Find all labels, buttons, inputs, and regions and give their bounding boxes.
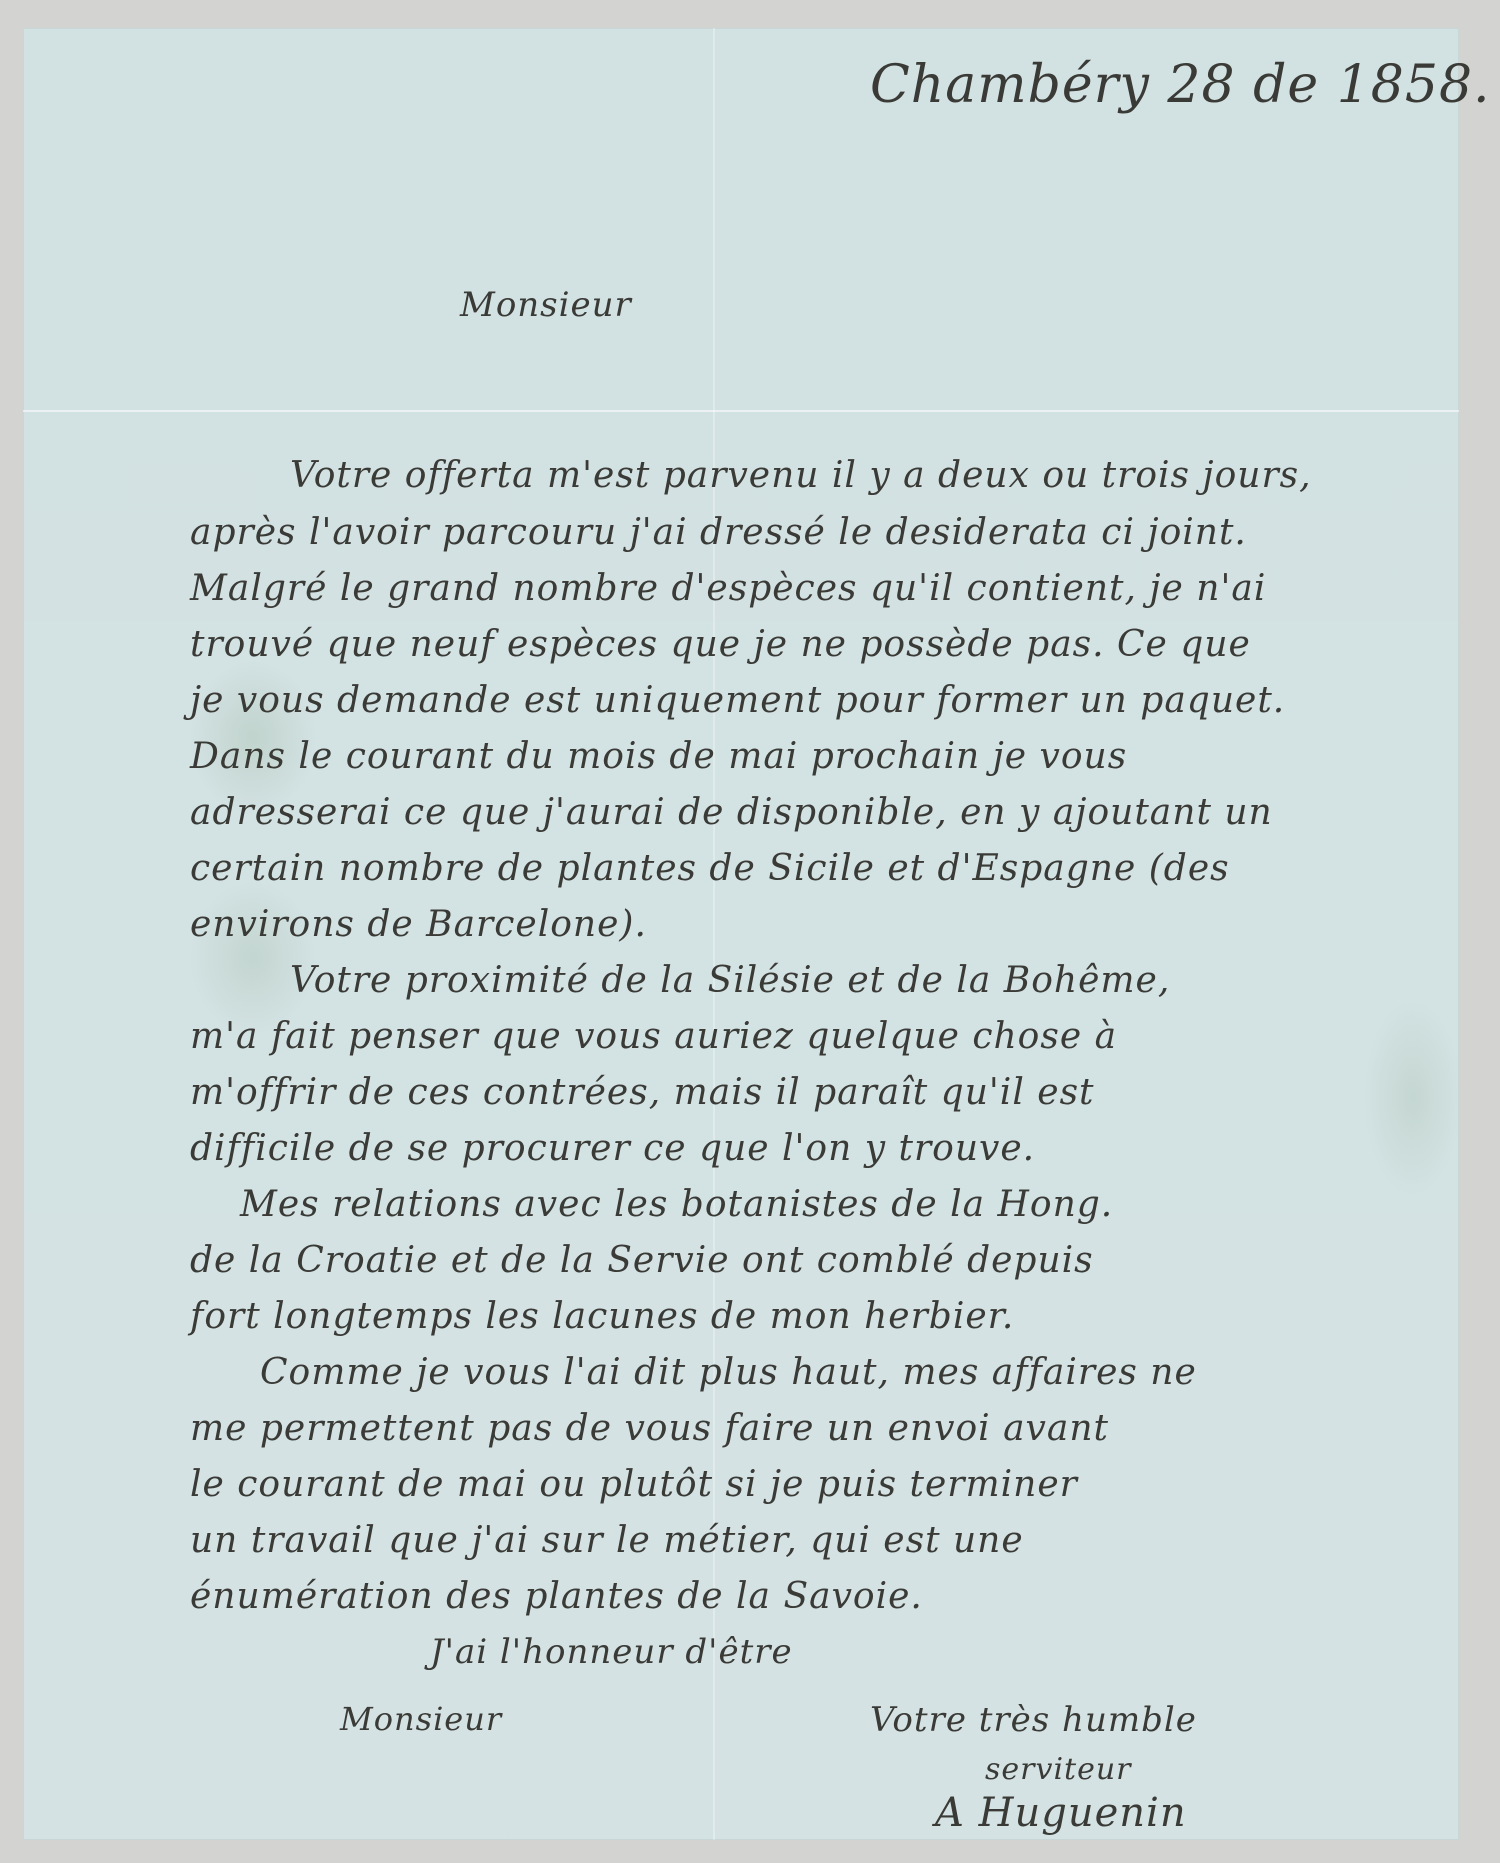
- letter-line: difficile de se procurer ce que l'on y t…: [190, 1128, 1035, 1169]
- sign-off-servant: serviteur: [985, 1752, 1132, 1787]
- letter-line: Votre proximité de la Silésie et de la B…: [290, 960, 1170, 1001]
- salutation: Monsieur: [460, 285, 632, 325]
- letter-line: de la Croatie et de la Servie ont comblé…: [190, 1240, 1094, 1281]
- letter-line: Malgré le grand nombre d'espèces qu'il c…: [190, 568, 1266, 609]
- letter-line: fort longtemps les lacunes de mon herbie…: [190, 1296, 1014, 1337]
- closing-phrase: J'ai l'honneur d'être: [430, 1632, 793, 1672]
- letter-line: le courant de mai ou plutôt si je puis t…: [190, 1464, 1078, 1505]
- letter-line: certain nombre de plantes de Sicile et d…: [190, 848, 1230, 889]
- letter-line: m'a fait penser que vous auriez quelque …: [190, 1016, 1117, 1057]
- letter-line: après l'avoir parcouru j'ai dressé le de…: [190, 512, 1247, 553]
- place-date: Chambéry 28 de 1858.: [870, 55, 1491, 115]
- signature: A Huguenin: [935, 1790, 1187, 1836]
- letter-line: me permettent pas de vous faire un envoi…: [190, 1408, 1109, 1449]
- closing-salutation: Monsieur: [340, 1700, 502, 1738]
- paper-fold: [713, 28, 715, 1840]
- letter-line: m'offrir de ces contrées, mais il paraît…: [190, 1072, 1095, 1113]
- letter-line: Mes relations avec les botanistes de la …: [240, 1184, 1113, 1225]
- letter-line: énumération des plantes de la Savoie.: [190, 1576, 923, 1617]
- letter-line: un travail que j'ai sur le métier, qui e…: [190, 1520, 1024, 1561]
- paper-fold: [23, 410, 1459, 412]
- letter-line: trouvé que neuf espèces que je ne possèd…: [190, 624, 1251, 665]
- letter-line: Dans le courant du mois de mai prochain …: [190, 736, 1127, 777]
- sign-off: Votre très humble: [870, 1700, 1197, 1740]
- letter-line: Votre offerta m'est parvenu il y a deux …: [290, 455, 1312, 496]
- letter-line: adresserai ce que j'aurai de disponible,…: [190, 792, 1273, 833]
- letter-line: je vous demande est uniquement pour form…: [190, 680, 1285, 721]
- letter-line: Comme je vous l'ai dit plus haut, mes af…: [260, 1352, 1197, 1393]
- letter-line: environs de Barcelone).: [190, 904, 647, 945]
